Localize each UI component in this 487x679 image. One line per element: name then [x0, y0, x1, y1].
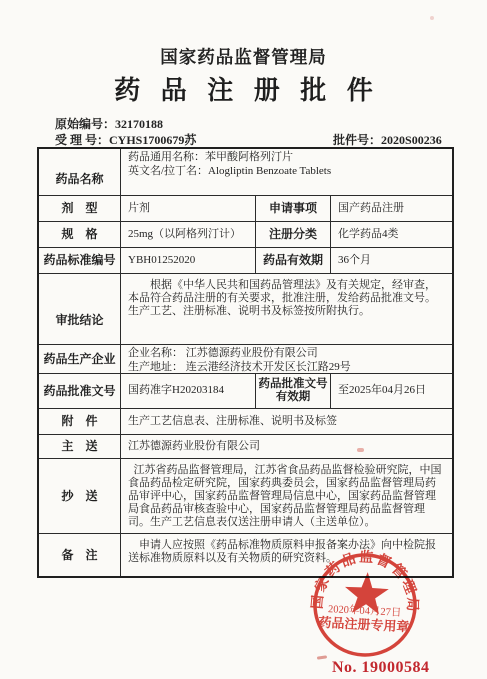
approval-document-number-value: 2020S00236	[381, 133, 442, 147]
specification-label: 规 格	[39, 222, 121, 248]
cc-label: 抄 送	[39, 459, 121, 534]
drug-name-cell: 药品通用名称：苯甲酸阿格列汀片 英文名/拉丁名：Alogliptin Benzo…	[121, 149, 452, 196]
original-number-value: 32170188	[115, 117, 163, 131]
drug-name-label: 药品名称	[39, 149, 121, 196]
main-recipient-value: 江苏德源药业股份有限公司	[121, 435, 452, 459]
approval-validity-value: 至2025年04月26日	[331, 374, 452, 409]
approval-number-value: 国药准字H20203184	[121, 374, 256, 409]
approval-document-number-label: 批件号：	[333, 133, 381, 147]
manufacturer-label: 药品生产企业	[39, 345, 121, 374]
specification-value: 25mg（以阿格列汀计）	[121, 222, 256, 248]
original-number-label: 原始编号：	[55, 117, 115, 131]
conclusion-label: 审批结论	[39, 274, 121, 345]
official-seal: 国家药品监督管理局 2020年04月27日 药品注册专用章	[291, 531, 438, 678]
original-number-line: 原始编号：32170188	[55, 115, 163, 132]
validity-value: 36个月	[331, 248, 452, 274]
standard-number-label: 药品标准编号	[39, 248, 121, 274]
remarks-label: 备 注	[39, 534, 121, 576]
acceptance-number-value: CYHS1700679苏	[109, 133, 196, 147]
scan-artifact	[357, 448, 364, 452]
application-item-label: 申请事项	[256, 196, 331, 222]
attachments-value: 生产工艺信息表、注册标准、说明书及标签	[121, 409, 452, 435]
attachments-label: 附 件	[39, 409, 121, 435]
document-title: 药 品 注 册 批 件	[0, 70, 487, 107]
dosage-form-value: 片剂	[121, 196, 256, 222]
approval-table: 药品名称 药品通用名称：苯甲酸阿格列汀片 英文名/拉丁名：Alogliptin …	[37, 147, 454, 578]
validity-label: 药品有效期	[256, 248, 331, 274]
scan-artifact	[430, 16, 434, 20]
approval-number-label: 药品批准文号	[39, 374, 121, 409]
registration-class-label: 注册分类	[256, 222, 331, 248]
acceptance-number-label: 受 理 号：	[55, 133, 109, 147]
application-item-value: 国产药品注册	[331, 196, 452, 222]
agency-title: 国家药品监督管理局	[0, 44, 487, 69]
dosage-form-label: 剂 型	[39, 196, 121, 222]
manufacturer-address: 生产地址： 连云港经济技术开发区长江路29号	[128, 361, 445, 375]
approval-document-page: 国家药品监督管理局 药 品 注 册 批 件 原始编号：32170188 受 理 …	[0, 0, 487, 679]
acceptance-number-line: 受 理 号：CYHS1700679苏	[55, 131, 196, 148]
approval-document-number-line: 批件号：2020S00236	[333, 131, 442, 148]
drug-english-name: 英文名/拉丁名：Alogliptin Benzoate Tablets	[128, 165, 445, 179]
serial-number: No. 19000584	[332, 659, 430, 677]
registration-class-value: 化学药品4类	[331, 222, 452, 248]
main-recipient-label: 主 送	[39, 435, 121, 459]
manufacturer-company: 企业名称： 江苏德源药业股份有限公司	[128, 347, 445, 361]
manufacturer-cell: 企业名称： 江苏德源药业股份有限公司 生产地址： 连云港经济技术开发区长江路29…	[121, 345, 452, 374]
cc-value: 江苏省药品监督管理局，江苏省食品药品监督检验研究院，中国食品药品检定研究院，国家…	[121, 459, 452, 534]
approval-validity-label: 药品批准文号有效期	[256, 374, 331, 409]
drug-generic-name: 药品通用名称：苯甲酸阿格列汀片	[128, 151, 445, 165]
standard-number-value: YBH01252020	[121, 248, 256, 274]
conclusion-value: 根据《中华人民共和国药品管理法》及有关规定，经审查，本品符合药品注册的有关要求，…	[121, 274, 452, 345]
